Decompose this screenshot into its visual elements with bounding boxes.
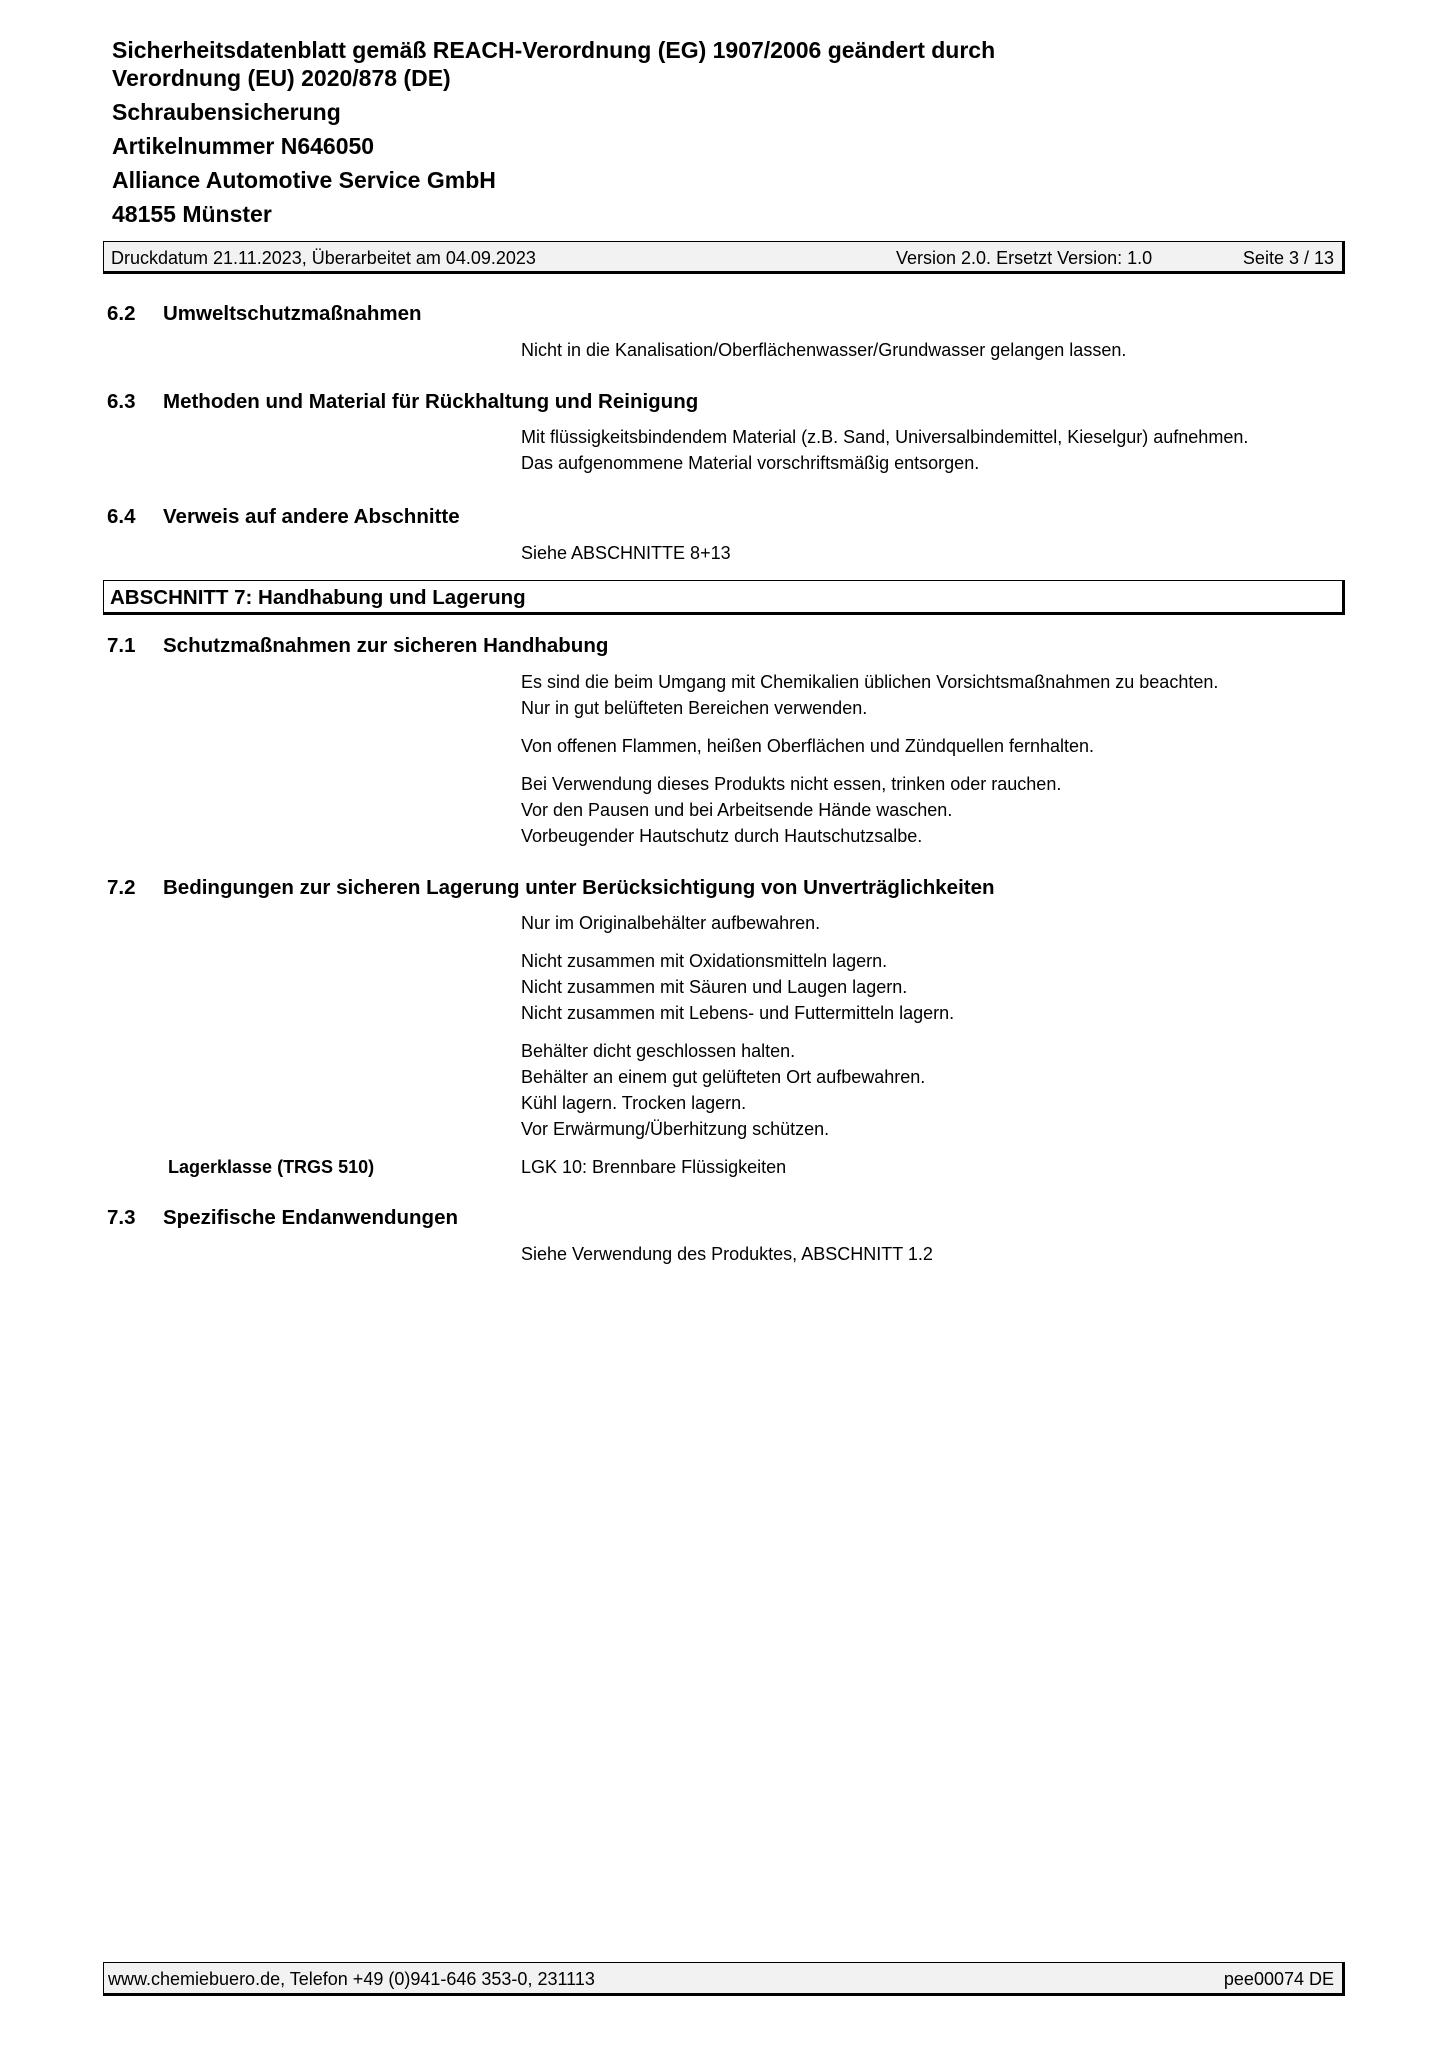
section-6-2-text: Nicht in die Kanalisation/Oberflächenwas… <box>521 337 1126 363</box>
section-6-3-text: Mit flüssigkeitsbindendem Material (z.B.… <box>521 424 1248 476</box>
section-7-1-heading: 7.1Schutzmaßnahmen zur sicheren Handhabu… <box>107 634 608 658</box>
footer-contact: www.chemiebuero.de, Telefon +49 (0)941-6… <box>108 1969 595 1990</box>
section-7-3-heading: 7.3Spezifische Endanwendungen <box>107 1206 458 1230</box>
company-name: Alliance Automotive Service GmbH <box>112 166 1312 194</box>
storage-class-label: Lagerklasse (TRGS 510) <box>168 1157 374 1178</box>
footer-bar: www.chemiebuero.de, Telefon +49 (0)941-6… <box>103 1962 1345 1996</box>
section-6-4-text: Siehe ABSCHNITTE 8+13 <box>521 540 731 566</box>
section-6-2-heading: 6.2Umweltschutzmaßnahmen <box>107 302 422 326</box>
version-info: Version 2.0. Ersetzt Version: 1.0 <box>896 248 1152 269</box>
company-city: 48155 Münster <box>112 200 1312 228</box>
document-title-line2: Verordnung (EU) 2020/878 (DE) <box>112 64 1312 92</box>
document-header: Sicherheitsdatenblatt gemäß REACH-Verord… <box>112 36 1312 228</box>
document-title-line1: Sicherheitsdatenblatt gemäß REACH-Verord… <box>112 36 1312 64</box>
page-number: Seite 3 / 13 <box>1243 248 1334 269</box>
print-revision-dates: Druckdatum 21.11.2023, Überarbeitet am 0… <box>111 248 536 269</box>
section-7-header: ABSCHNITT 7: Handhabung und Lagerung <box>103 580 1345 615</box>
storage-class-value: LGK 10: Brennbare Flüssigkeiten <box>521 1154 786 1180</box>
product-name: Schraubensicherung <box>112 98 1312 126</box>
footer-doc-code: pee00074 DE <box>1224 1969 1334 1990</box>
section-7-2-heading: 7.2Bedingungen zur sicheren Lagerung unt… <box>107 876 995 900</box>
info-bar: Druckdatum 21.11.2023, Überarbeitet am 0… <box>103 241 1345 274</box>
section-7-3-text: Siehe Verwendung des Produktes, ABSCHNIT… <box>521 1241 933 1267</box>
section-6-4-heading: 6.4Verweis auf andere Abschnitte <box>107 505 460 529</box>
section-7-1-text: Es sind die beim Umgang mit Chemikalien … <box>521 669 1218 849</box>
section-6-3-heading: 6.3Methoden und Material für Rückhaltung… <box>107 390 698 414</box>
section-7-2-text: Nur im Originalbehälter aufbewahren. Nic… <box>521 910 954 1142</box>
article-number: Artikelnummer N646050 <box>112 132 1312 160</box>
